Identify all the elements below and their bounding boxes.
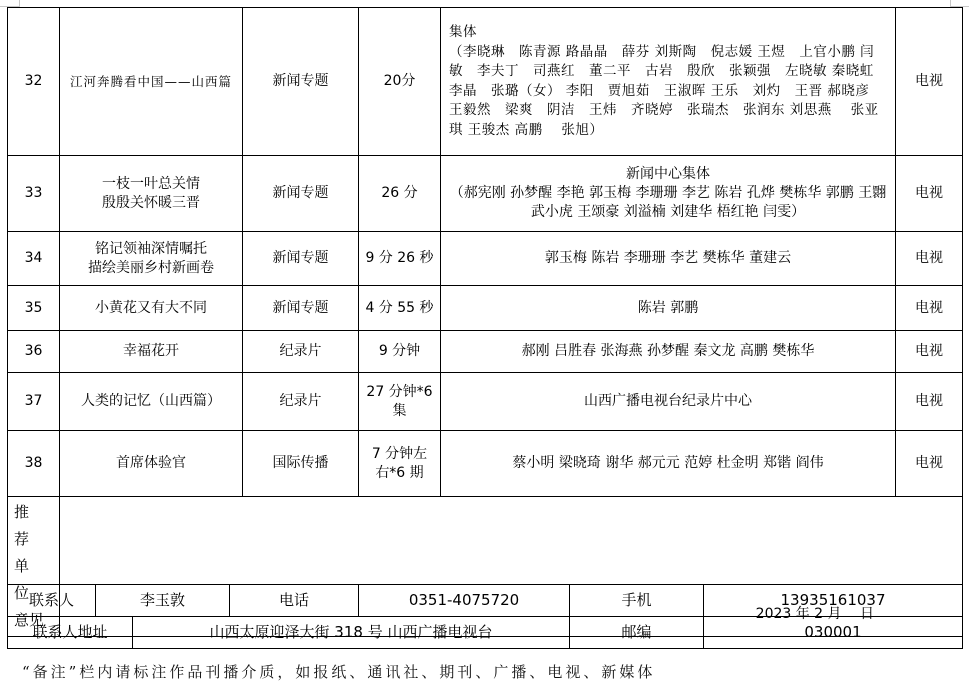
- phone-value: 0351-4075720: [359, 585, 570, 617]
- address-value: 山西太原迎泽大街 318 号 山西广播电视台: [133, 617, 570, 649]
- mobile-value: 13935161037: [704, 585, 963, 617]
- row-number: 38: [8, 431, 60, 497]
- work-title-line: 铭记领袖深情嘱托: [64, 240, 238, 259]
- work-duration: 9 分钟: [359, 331, 441, 373]
- work-type: 新闻专题: [243, 232, 359, 286]
- work-duration-line: 26 分: [363, 184, 436, 203]
- work-type: 新闻专题: [243, 156, 359, 232]
- work-authors-line: 郭玉梅 陈岩 李珊珊 李艺 樊栋华 董建云: [445, 249, 891, 268]
- works-table: 32江河奔腾看中国——山西篇新闻专题20分集体（李晓琳 陈青源 路晶晶 薛芬 刘…: [7, 7, 963, 637]
- page-corner-mark-right: [950, 0, 969, 7]
- table-row: 34铭记领袖深情嘱托描绘美丽乡村新画卷新闻专题9 分 26 秒郭玉梅 陈岩 李珊…: [8, 232, 963, 286]
- table-row: 35小黄花又有大不同新闻专题4 分 55 秒陈岩 郭鹏电视: [8, 286, 963, 331]
- work-medium: 电视: [896, 286, 963, 331]
- work-duration-line: 7 分钟左: [363, 445, 436, 464]
- work-title-line: 人类的记忆（山西篇）: [64, 392, 238, 411]
- page-corner-mark-left: [0, 0, 20, 7]
- work-authors-line: （李晓琳 陈青源 路晶晶 薛芬 刘斯陶 倪志媛 王煜 上官小鹏 闫敏 李夫丁 司…: [449, 43, 887, 141]
- work-authors-line: 郝刚 吕胜春 张海燕 孙梦醒 秦文龙 高鹏 樊栋华: [445, 342, 891, 361]
- row-number: 35: [8, 286, 60, 331]
- address-label: 联系人地址: [8, 617, 133, 649]
- table-row: 38首席体验官国际传播7 分钟左右*6 期蔡小明 梁晓琦 谢华 郝元元 范婷 杜…: [8, 431, 963, 497]
- work-medium: 电视: [896, 431, 963, 497]
- contact-person-label: 联系人: [8, 585, 96, 617]
- table-row: 33一枝一叶总关情殷殷关怀暖三晋新闻专题26 分新闻中心集体（郝宪刚 孙梦醒 李…: [8, 156, 963, 232]
- work-title: 人类的记忆（山西篇）: [60, 373, 243, 431]
- work-medium: 电视: [896, 156, 963, 232]
- work-duration-line: 4 分 55 秒: [363, 299, 436, 318]
- work-duration-line: 20分: [363, 72, 436, 91]
- work-title: 首席体验官: [60, 431, 243, 497]
- work-title-line: 幸福花开: [64, 342, 238, 361]
- row-number: 33: [8, 156, 60, 232]
- contact-person-value: 李玉敦: [96, 585, 230, 617]
- work-authors: 新闻中心集体（郝宪刚 孙梦醒 李艳 郭玉梅 李珊珊 李艺 陈岩 孔烨 樊栋华 郭…: [441, 156, 896, 232]
- work-authors: 郝刚 吕胜春 张海燕 孙梦醒 秦文龙 高鹏 樊栋华: [441, 331, 896, 373]
- work-authors: 郭玉梅 陈岩 李珊珊 李艺 樊栋华 董建云: [441, 232, 896, 286]
- work-duration-line: 9 分钟: [363, 342, 436, 361]
- phone-label: 电话: [230, 585, 359, 617]
- work-authors-line: 集体: [449, 23, 887, 43]
- table-row: 36幸福花开纪录片9 分钟郝刚 吕胜春 张海燕 孙梦醒 秦文龙 高鹏 樊栋华电视: [8, 331, 963, 373]
- work-title-line: 一枝一叶总关情: [64, 175, 238, 194]
- work-authors-line: （郝宪刚 孙梦醒 李艳 郭玉梅 李珊珊 李艺 陈岩 孔烨 樊栋华 郭鹏 王翾 武…: [445, 184, 891, 222]
- postcode-label: 邮编: [570, 617, 704, 649]
- work-title-line: 首席体验官: [64, 454, 238, 473]
- mobile-label: 手机: [570, 585, 704, 617]
- work-medium: 电视: [896, 8, 963, 156]
- work-authors-line: 山西广播电视台纪录片中心: [445, 392, 891, 411]
- work-duration: 4 分 55 秒: [359, 286, 441, 331]
- work-medium: 电视: [896, 373, 963, 431]
- work-duration: 27 分钟*6集: [359, 373, 441, 431]
- work-medium: 电视: [896, 232, 963, 286]
- work-type: 新闻专题: [243, 8, 359, 156]
- work-authors: 陈岩 郭鹏: [441, 286, 896, 331]
- work-title: 铭记领袖深情嘱托描绘美丽乡村新画卷: [60, 232, 243, 286]
- table-row: 37人类的记忆（山西篇）纪录片27 分钟*6集山西广播电视台纪录片中心电视: [8, 373, 963, 431]
- work-title-line: 江河奔腾看中国——山西篇: [64, 72, 238, 91]
- row-number: 32: [8, 8, 60, 156]
- work-duration-line: 右*6 期: [363, 464, 436, 483]
- work-authors: 蔡小明 梁晓琦 谢华 郝元元 范婷 杜金明 郑锴 阎伟: [441, 431, 896, 497]
- row-number: 37: [8, 373, 60, 431]
- work-medium: 电视: [896, 331, 963, 373]
- work-duration-line: 9 分 26 秒: [363, 249, 436, 268]
- work-authors-line: 蔡小明 梁晓琦 谢华 郝元元 范婷 杜金明 郑锴 阎伟: [445, 454, 891, 473]
- work-title-line: 描绘美丽乡村新画卷: [64, 259, 238, 278]
- work-title: 幸福花开: [60, 331, 243, 373]
- work-type: 新闻专题: [243, 286, 359, 331]
- work-authors-line: 新闻中心集体: [445, 165, 891, 184]
- work-type: 纪录片: [243, 373, 359, 431]
- work-type: 国际传播: [243, 431, 359, 497]
- work-authors: 山西广播电视台纪录片中心: [441, 373, 896, 431]
- contact-row-1: 联系人 李玉敦 电话 0351-4075720 手机 13935161037: [8, 585, 963, 617]
- table-row: 32江河奔腾看中国——山西篇新闻专题20分集体（李晓琳 陈青源 路晶晶 薛芬 刘…: [8, 8, 963, 156]
- postcode-value: 030001: [704, 617, 963, 649]
- contact-row-2: 联系人地址 山西太原迎泽大街 318 号 山西广播电视台 邮编 030001: [8, 617, 963, 649]
- row-number: 34: [8, 232, 60, 286]
- work-type: 纪录片: [243, 331, 359, 373]
- row-number: 36: [8, 331, 60, 373]
- footnote: “备注”栏内请标注作品刊播介质，如报纸、通讯社、期刊、广播、电视、新媒体: [22, 661, 655, 682]
- work-title-line: 殷殷关怀暖三晋: [64, 194, 238, 213]
- work-duration: 26 分: [359, 156, 441, 232]
- work-duration: 7 分钟左右*6 期: [359, 431, 441, 497]
- work-authors-line: 陈岩 郭鹏: [445, 299, 891, 318]
- work-title: 小黄花又有大不同: [60, 286, 243, 331]
- work-duration: 20分: [359, 8, 441, 156]
- work-duration-line: 集: [363, 402, 436, 421]
- work-duration-line: 27 分钟*6: [363, 383, 436, 402]
- work-duration: 9 分 26 秒: [359, 232, 441, 286]
- work-title: 一枝一叶总关情殷殷关怀暖三晋: [60, 156, 243, 232]
- work-title-line: 小黄花又有大不同: [64, 299, 238, 318]
- contact-table: 联系人 李玉敦 电话 0351-4075720 手机 13935161037 联…: [7, 584, 963, 649]
- work-authors: 集体（李晓琳 陈青源 路晶晶 薛芬 刘斯陶 倪志媛 王煜 上官小鹏 闫敏 李夫丁…: [441, 8, 896, 156]
- work-title: 江河奔腾看中国——山西篇: [60, 8, 243, 156]
